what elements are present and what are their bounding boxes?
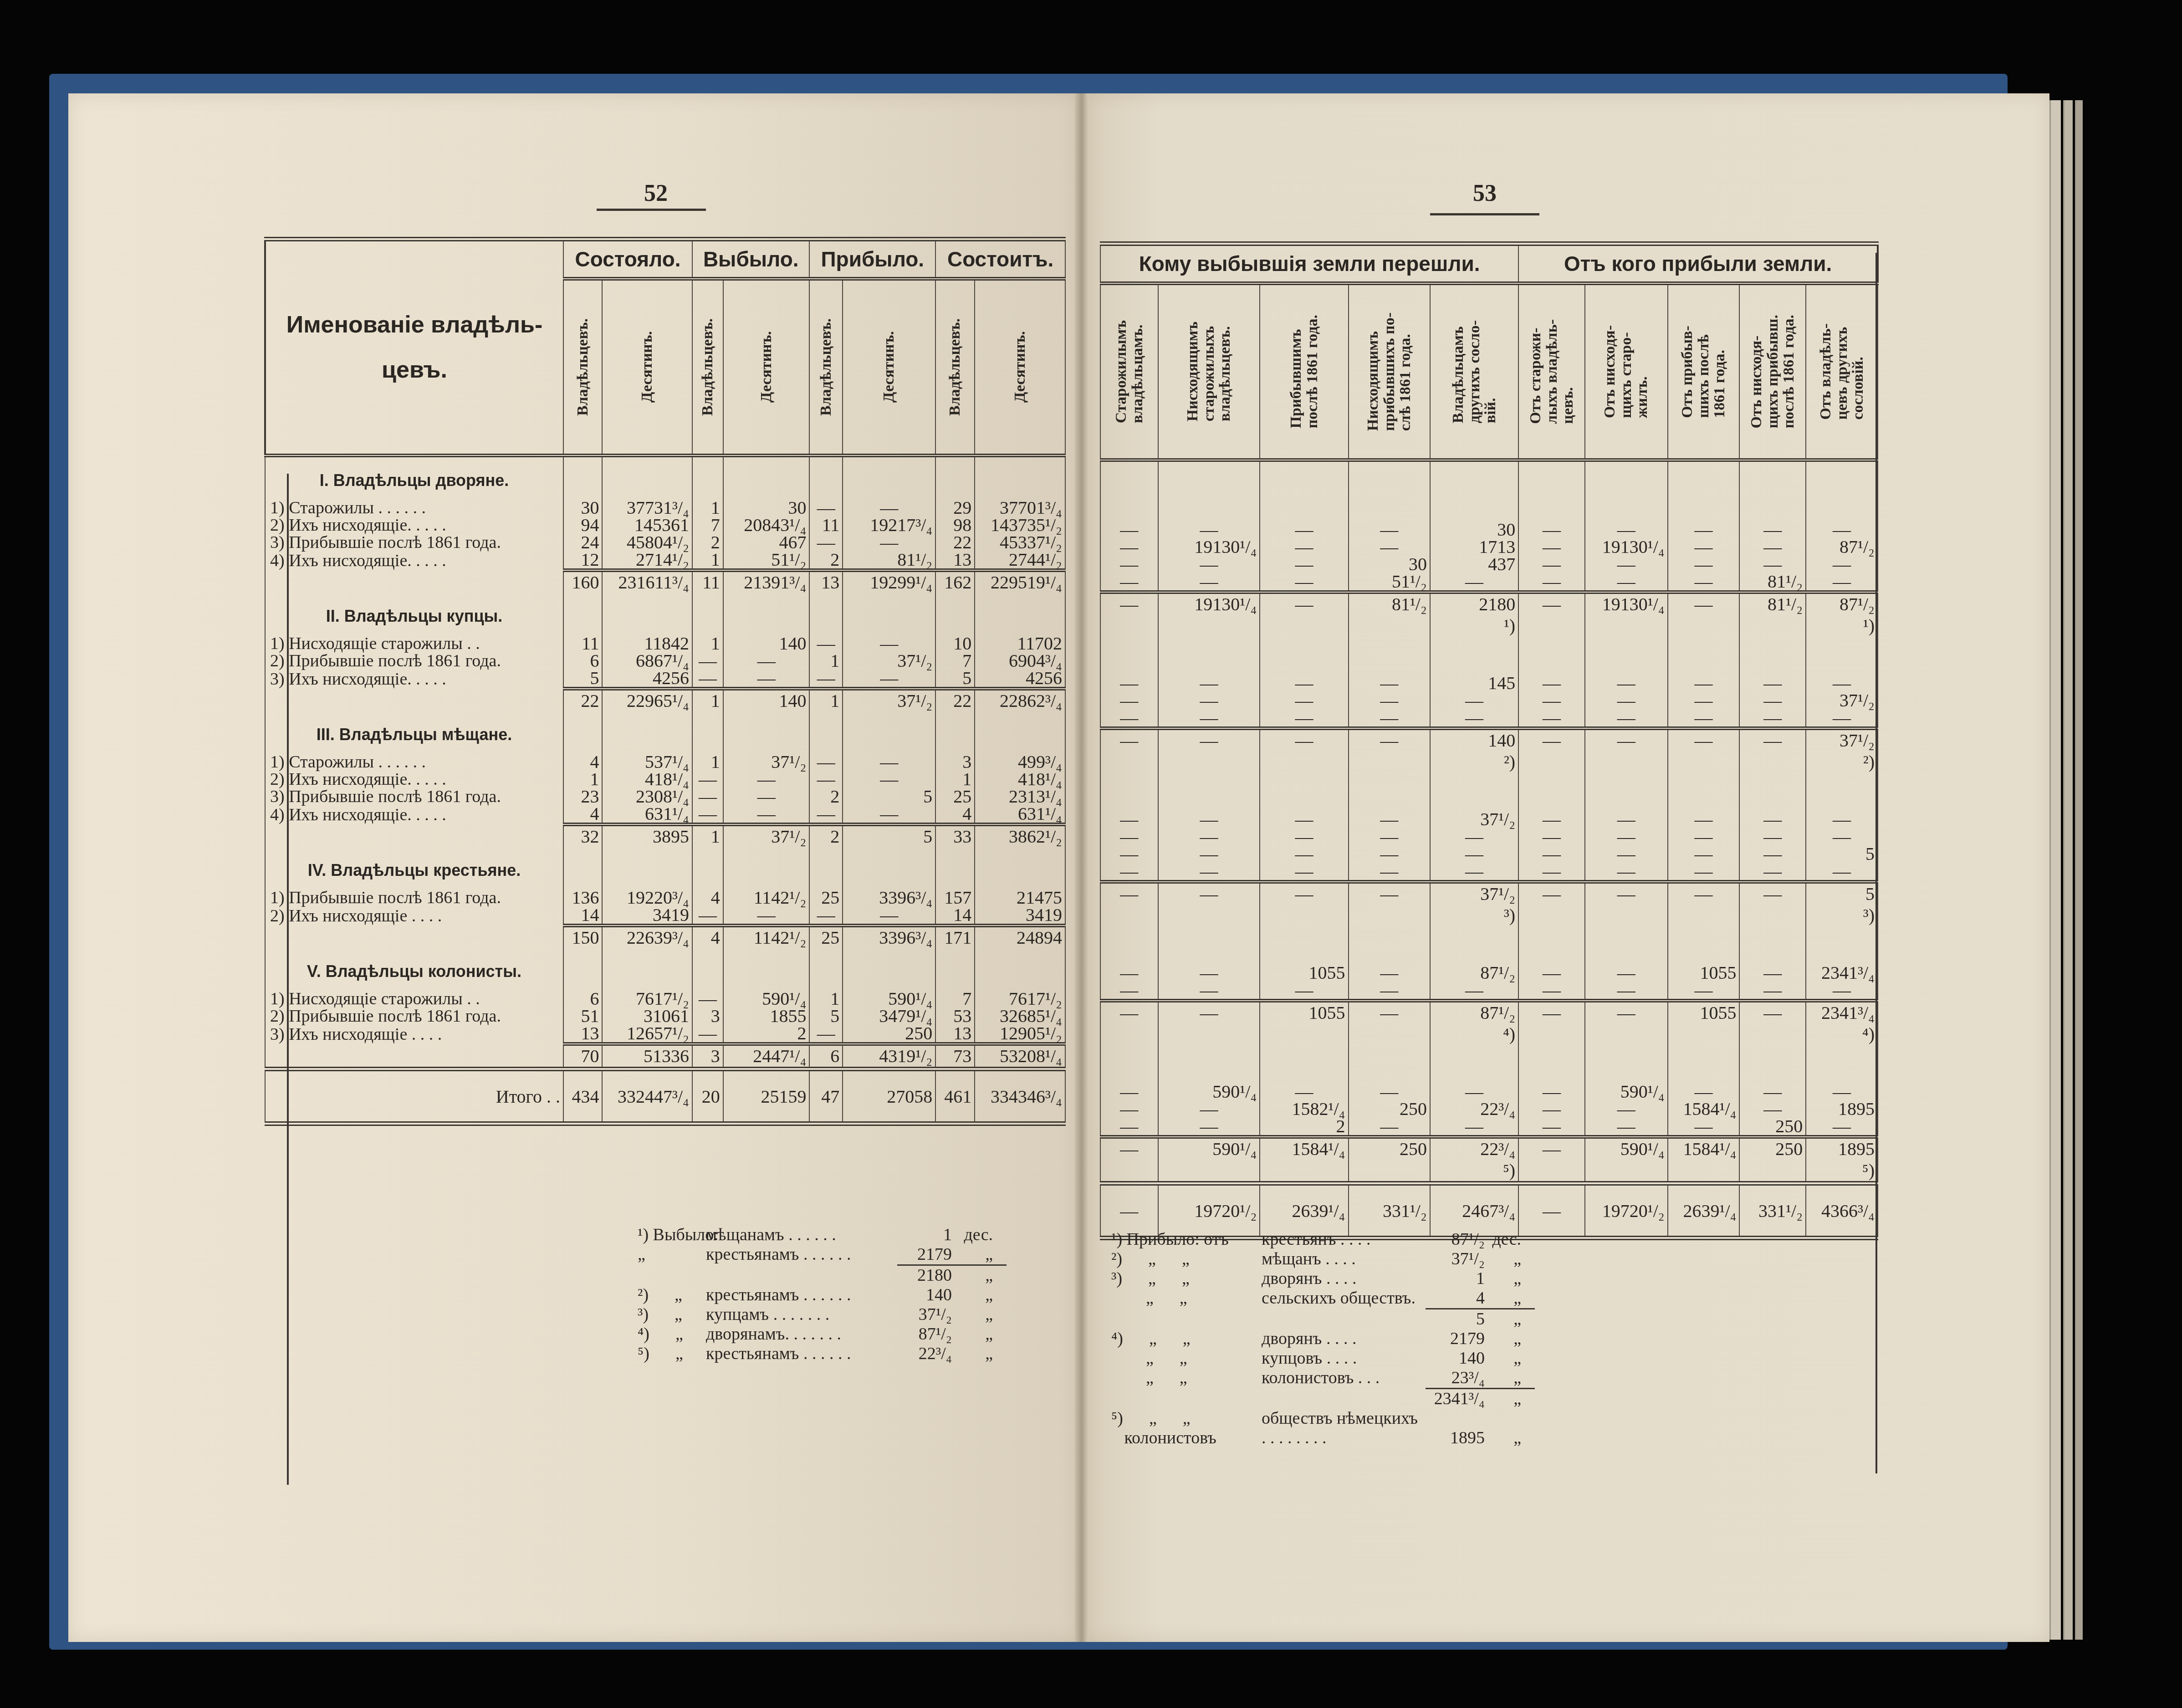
empty-cell [265, 689, 563, 711]
footnote-amount: 37¹/₂ [897, 1305, 952, 1324]
section-total-row: —19130¹/₄—81¹/₂2180—19130¹/₄—81¹/₂87¹/₂ [1100, 592, 1878, 615]
value-cell: — [1158, 1100, 1260, 1118]
row-label: 3) Прибывшіе послѣ 1861 года. [265, 534, 563, 551]
subheader-label: Старожилымъ владѣльцамъ. [1113, 320, 1145, 423]
footnote-ref [1518, 1160, 1585, 1183]
value-cell: 25 [935, 788, 975, 805]
footnote-amount: 2179 [897, 1245, 952, 1264]
value-cell: — [1518, 811, 1585, 828]
table-row: ————30————— [1100, 521, 1878, 538]
empty-cell [1518, 636, 1585, 675]
empty-cell [935, 847, 975, 889]
value-cell: 19130¹/₄ [1585, 538, 1668, 556]
value-cell: 6 [563, 990, 602, 1007]
subheader-label: Прибывшимъ послѣ 1861 года. [1288, 315, 1320, 428]
total-cell: 6 [809, 1044, 843, 1069]
footnote-ref: ⁴) [1806, 1023, 1878, 1045]
value-cell: — [1430, 845, 1518, 863]
footnote-amount: 2179 [1426, 1329, 1485, 1349]
section-title: III. Владѣльцы мѣщане. [265, 711, 563, 753]
value-cell: 2 [692, 534, 723, 551]
footnote-ref-row: ³)³) [1100, 905, 1878, 926]
table-row: —————————— [1100, 982, 1878, 1001]
footnote-unit: „ [1485, 1368, 1521, 1388]
total-cell: 1 [809, 689, 843, 711]
footnote-ref [1260, 1023, 1348, 1045]
value-cell: 5 [563, 670, 602, 689]
total-cell: — [1349, 728, 1430, 751]
group-header-transferred-to: Кому выбывшія земли перешли. [1100, 244, 1518, 283]
footnote-recipient: сельскихъ обществъ. [1262, 1289, 1426, 1308]
value-cell: — [1430, 692, 1518, 709]
footnote-ref: ²) [1430, 751, 1518, 772]
subheader-owners: Владѣльцевъ. [692, 279, 723, 455]
total-cell: — [1518, 1137, 1585, 1160]
total-cell: — [1518, 728, 1585, 751]
section-title-row: II. Владѣльцы купцы. [265, 593, 1065, 635]
footnote-ref: ¹) Выбыло: [638, 1225, 706, 1245]
grand-total-cell: 331¹/₂ [1739, 1183, 1806, 1238]
empty-cell [602, 847, 692, 889]
value-cell: 4 [563, 805, 602, 824]
table-row: —————————— [1100, 709, 1878, 728]
section-title-row: IV. Владѣльцы крестьяне. [265, 847, 1065, 889]
grand-total-cell: 461 [935, 1069, 975, 1124]
empty-cell [843, 847, 935, 889]
value-cell: — [1260, 692, 1348, 709]
empty-cell [1430, 1045, 1518, 1083]
value-cell: — [809, 534, 843, 551]
footnote-unit [1485, 1409, 1521, 1428]
value-cell: 25 [809, 889, 843, 906]
empty-cell [265, 570, 563, 593]
value-cell: — [1158, 675, 1260, 692]
value-cell: — [843, 499, 935, 516]
value-cell: — [809, 771, 843, 788]
footnote-ref: ⁵) [1430, 1160, 1518, 1183]
value-cell: 94 [563, 516, 602, 534]
value-cell: 24 [563, 534, 602, 551]
value-cell: — [692, 1025, 723, 1044]
value-cell: — [1158, 982, 1260, 1001]
section-title: V. Владѣльцы колонисты. [265, 948, 563, 990]
value-cell: — [1158, 709, 1260, 728]
value-cell: 1 [692, 635, 723, 652]
value-cell: — [1100, 811, 1158, 828]
row-label: 3) Ихъ нисходящіе . . . . [265, 1025, 563, 1044]
value-cell: 3 [935, 753, 975, 771]
footnote-ref [1158, 1160, 1260, 1183]
section-spacer-row [1100, 926, 1878, 964]
value-cell: — [1518, 1118, 1585, 1137]
footnote-ref: „ „ [1111, 1289, 1262, 1308]
value-cell: — [1100, 709, 1158, 728]
total-cell: 21391³/₄ [723, 570, 810, 593]
value-cell: 87¹/₂ [1806, 538, 1878, 556]
footnote-line: 5„ [1111, 1309, 1535, 1329]
group-header-received-from: Отъ кого прибыли земли. [1518, 244, 1878, 283]
value-cell: 22 [935, 534, 975, 551]
group-header-left: Выбыло. [692, 239, 809, 279]
footnote-line: ³) „ „дворянъ . . . .1„ [1111, 1269, 1535, 1289]
empty-cell [1158, 926, 1260, 964]
grand-total-cell: 334346³/₄ [975, 1069, 1065, 1124]
value-cell: — [1668, 1083, 1740, 1100]
value-cell: — [1739, 521, 1806, 538]
section-title: IV. Владѣльцы крестьяне. [265, 847, 563, 889]
empty-cell [602, 455, 692, 499]
right-page-margin-line [1875, 253, 1877, 1473]
value-cell: 5 [1806, 845, 1878, 863]
empty-cell [602, 711, 692, 753]
subheader-label: Владѣльцевъ. [947, 318, 963, 416]
table-row: 2) Ихъ нисходящіе. . . . .1418¹/₄————141… [265, 771, 1065, 788]
owner-name-header-label: Именованіе владѣль- цевъ. [269, 302, 560, 393]
value-cell: — [1585, 692, 1668, 709]
table-row: 3) Ихъ нисходящіе. . . . .54256————54256 [265, 670, 1065, 689]
total-cell: — [1739, 1001, 1806, 1023]
value-cell: 250 [843, 1025, 935, 1044]
value-cell: — [1260, 573, 1348, 592]
value-cell: — [1806, 982, 1878, 1001]
value-cell: 1 [563, 771, 602, 788]
value-cell: 11 [563, 635, 602, 652]
value-cell: 98 [935, 516, 975, 534]
empty-cell [563, 847, 602, 889]
footnote-recipient: мѣщанамъ . . . . . . [706, 1225, 897, 1245]
table-row: ——1582¹/₄25022³/₄——1584¹/₄—1895 [1100, 1100, 1878, 1118]
value-cell: — [1806, 863, 1878, 882]
footnote-line: ²) „крестьянамъ . . . . . .140„ [638, 1285, 1007, 1305]
value-cell: — [1100, 964, 1158, 982]
value-cell: 5 [809, 1007, 843, 1025]
value-cell: — [1739, 692, 1806, 709]
empty-cell [563, 455, 602, 499]
section-spacer-row [1100, 772, 1878, 811]
value-cell: 418¹/₄ [975, 771, 1065, 788]
subheader-label: Нисходящимъ прибывшихъ по- слѣ 1861 года… [1365, 312, 1414, 431]
value-cell: — [1349, 982, 1430, 1001]
row-label: 2) Ихъ нисходящіе. . . . . [265, 516, 563, 534]
empty-cell [723, 948, 810, 990]
total-cell: 13 [809, 570, 843, 593]
value-cell: — [1100, 863, 1158, 882]
value-cell: 51¹/₂ [723, 551, 810, 570]
subheader-sub-to: Нисходящимъ старожилыхъ владѣльцевъ. [1158, 283, 1260, 460]
value-cell: — [1739, 556, 1806, 573]
footnote-amount: 5 [1426, 1309, 1485, 1329]
value-cell: — [1668, 692, 1740, 709]
value-cell: 136 [563, 889, 602, 906]
footnote-ref: ⁵) „ „ [1111, 1409, 1262, 1428]
footnote-recipient: купцовъ . . . . [1262, 1349, 1426, 1368]
footnote-unit: „ [952, 1266, 993, 1285]
value-cell: — [1100, 538, 1158, 556]
value-cell: — [1739, 863, 1806, 882]
footnote-ref [1518, 615, 1585, 636]
empty-cell [1430, 926, 1518, 964]
total-cell: — [1260, 728, 1348, 751]
value-cell: 29 [935, 499, 975, 516]
footnote-ref [1111, 1389, 1262, 1409]
table-row: ———30437————— [1100, 556, 1878, 573]
subheader-owners: Владѣльцевъ. [935, 279, 975, 455]
total-cell: 33 [935, 824, 975, 847]
footnote-ref-row: ⁵)⁵) [1100, 1160, 1878, 1183]
footnote-ref [1739, 1160, 1806, 1183]
value-cell: 6 [563, 652, 602, 670]
grand-total-row: Итого . .434332447³/₄2025159472705846133… [265, 1069, 1065, 1124]
value-cell: 1 [692, 499, 723, 516]
value-cell: — [1260, 521, 1348, 538]
value-cell: — [843, 534, 935, 551]
table-row: —————————5 [1100, 845, 1878, 863]
footnote-recipient: крестьянъ . . . . [1262, 1230, 1426, 1249]
value-cell: 12657¹/₂ [602, 1025, 692, 1044]
footnote-ref [1349, 751, 1430, 772]
footnote-unit: „ [952, 1305, 993, 1324]
footnote-unit: „ [1485, 1389, 1521, 1409]
value-cell: — [1349, 538, 1430, 556]
value-cell: 22³/₄ [1430, 1100, 1518, 1118]
footnote-amount: 2341³/₄ [1426, 1389, 1485, 1409]
footnote-ref [1668, 1160, 1740, 1183]
value-cell: 2 [809, 788, 843, 805]
footnote-amount: 22³/₄ [897, 1344, 952, 1364]
footnote-amount: 87¹/₂ [1426, 1230, 1485, 1249]
empty-cell [602, 593, 692, 635]
value-cell: 30 [723, 499, 810, 516]
subheader-label: Владѣльцевъ. [575, 318, 591, 416]
value-cell: 13 [935, 551, 975, 570]
value-cell: — [1158, 692, 1260, 709]
footnote-ref: ³) [1430, 905, 1518, 926]
empty-cell [692, 593, 723, 635]
total-cell: 19130¹/₄ [1158, 592, 1260, 615]
value-cell: 4 [692, 889, 723, 906]
value-cell: — [1100, 675, 1158, 692]
row-label: 4) Ихъ нисходящіе. . . . . [265, 805, 563, 824]
footnote-unit: „ [952, 1344, 993, 1364]
footnote-line: 2341³/₄„ [1111, 1389, 1535, 1409]
subheader-label: Нисходящимъ старожилыхъ владѣльцевъ. [1185, 322, 1233, 421]
footnote-ref: ⁴) „ „ [1111, 1329, 1262, 1349]
empty-cell [1100, 636, 1158, 675]
value-cell: — [1585, 556, 1668, 573]
total-cell: — [1158, 882, 1260, 905]
empty-cell [1349, 772, 1430, 811]
total-cell: 87¹/₂ [1430, 1001, 1518, 1023]
footnote-ref: ⁴) [1430, 1023, 1518, 1045]
row-label: 3) Ихъ нисходящіе. . . . . [265, 670, 563, 689]
value-cell: — [1518, 556, 1585, 573]
footnote-recipient: купцамъ . . . . . . . [706, 1305, 897, 1324]
footnote-recipient: обществъ нѣмецкихъ [1262, 1409, 1426, 1428]
empty-cell [1668, 460, 1740, 521]
value-cell: 590¹/₄ [1158, 1083, 1260, 1100]
empty-cell [1260, 772, 1348, 811]
total-cell: 25 [809, 926, 843, 948]
value-cell: 13 [935, 1025, 975, 1044]
value-cell: 37¹/₂ [1430, 811, 1518, 828]
empty-cell [602, 948, 692, 990]
total-cell: 87¹/₂ [1806, 592, 1878, 615]
page-edges [2075, 100, 2083, 1640]
total-cell: — [1158, 1001, 1260, 1023]
footnote-unit: „ [952, 1285, 993, 1305]
empty-cell [692, 711, 723, 753]
total-cell: — [1260, 592, 1348, 615]
footnote-recipient: дворянъ . . . . [1262, 1269, 1426, 1289]
value-cell: 4 [935, 805, 975, 824]
value-cell: — [1668, 709, 1740, 728]
total-cell: — [1158, 728, 1260, 751]
total-cell: 162 [935, 570, 975, 593]
total-cell: 22862³/₄ [975, 689, 1065, 711]
empty-cell [1806, 636, 1878, 675]
footnote-recipient: . . . . . . . . [1262, 1428, 1426, 1448]
total-cell: 229519¹/₄ [975, 570, 1065, 593]
value-cell: 157 [935, 889, 975, 906]
value-cell: — [1430, 709, 1518, 728]
subheader-sub-to: Прибывшимъ послѣ 1861 года. [1260, 283, 1348, 460]
value-cell: — [723, 788, 810, 805]
table-row: ————145————— [1100, 675, 1878, 692]
row-label: 2) Ихъ нисходящіе. . . . . [265, 771, 563, 788]
value-cell: 250 [1349, 1100, 1430, 1118]
subheader-desyatinas: Десятинъ. [975, 279, 1065, 455]
total-cell: 22639³/₄ [602, 926, 692, 948]
subheader-sub-to: Старожилымъ владѣльцамъ. [1100, 283, 1158, 460]
empty-cell [1585, 636, 1668, 675]
footnote-ref: ²) „ [638, 1285, 706, 1305]
section-title-row: V. Владѣльцы колонисты. [265, 948, 1065, 990]
page-number-rule [597, 209, 706, 211]
empty-cell [723, 455, 810, 499]
empty-cell [1430, 460, 1518, 521]
value-cell: 37701³/₄ [975, 499, 1065, 516]
footnote-ref: колонистовъ [1111, 1428, 1262, 1448]
section-title-row: III. Владѣльцы мѣщане. [265, 711, 1065, 753]
empty-cell [975, 948, 1065, 990]
total-cell: 2341³/₄ [1806, 1001, 1878, 1023]
value-cell: 7617¹/₂ [975, 990, 1065, 1007]
total-cell: 73 [935, 1044, 975, 1069]
value-cell: — [1260, 675, 1348, 692]
value-cell: 4 [563, 753, 602, 771]
value-cell: — [1668, 573, 1740, 592]
subheader-owners: Владѣльцевъ. [563, 279, 602, 455]
total-cell: — [1668, 592, 1740, 615]
value-cell: — [843, 635, 935, 652]
footnote-unit: „ [1485, 1249, 1521, 1269]
empty-cell [1260, 636, 1348, 675]
subheader-label: Десятинъ. [881, 331, 897, 403]
value-cell: — [1100, 1083, 1158, 1100]
total-cell: — [1100, 1001, 1158, 1023]
subheader-sub-from: Отъ нисходя- щихъ старо- жилъ. [1585, 283, 1668, 460]
footnote-line: „ „купцовъ . . . .140„ [1111, 1349, 1535, 1368]
subheader-desyatinas: Десятинъ. [843, 279, 935, 455]
empty-cell [1158, 636, 1260, 675]
total-cell: 1584¹/₄ [1260, 1137, 1348, 1160]
section-title: II. Владѣльцы купцы. [265, 593, 563, 635]
value-cell: 631¹/₄ [975, 805, 1065, 824]
table-row: 1) Старожилы . . . . . .4537¹/₄137¹/₂——3… [265, 753, 1065, 771]
footnote-line: ⁴) „ „дворянъ . . . .2179„ [1111, 1329, 1535, 1349]
row-label: 3) Прибывшіе послѣ 1861 года. [265, 788, 563, 805]
subheader-label: Отъ прибыв- шихъ послѣ 1861 года. [1679, 326, 1728, 418]
subheader-label: Владѣльцевъ. [700, 318, 716, 416]
value-cell: — [1430, 573, 1518, 592]
total-cell: 5 [843, 824, 935, 847]
value-cell: — [809, 805, 843, 824]
value-cell: — [1585, 1100, 1668, 1118]
footnote-ref: ⁴) „ [638, 1324, 706, 1344]
subheader-sub-from: Отъ владѣль- цевъ другихъ сословій. [1806, 283, 1878, 460]
value-cell: — [1668, 811, 1740, 828]
value-cell: 2 [1260, 1118, 1348, 1137]
value-cell: — [1585, 709, 1668, 728]
footnote-line: ⁴) „дворянамъ. . . . . . .87¹/₂„ [638, 1324, 1007, 1344]
empty-cell [975, 847, 1065, 889]
table-row: ——1055—87¹/₂——1055—2341³/₄ [1100, 964, 1878, 982]
row-label: 1) Старожилы . . . . . . [265, 753, 563, 771]
value-cell: — [1585, 845, 1668, 863]
footnote-amount: 1 [897, 1225, 952, 1245]
value-cell: 7617¹/₂ [602, 990, 692, 1007]
value-cell: 4256 [602, 670, 692, 689]
footnote-ref [1349, 1160, 1430, 1183]
left-footnotes: ¹) Выбыло:мѣщанамъ . . . . . .1дес.„крес… [638, 1225, 1007, 1364]
value-cell: 81¹/₂ [1739, 573, 1806, 592]
footnote-line: „ „колонистовъ . . .23³/₄„ [1111, 1368, 1535, 1388]
value-cell: — [843, 771, 935, 788]
page-number-right: 53 [1462, 180, 1507, 207]
empty-cell [692, 455, 723, 499]
empty-cell [1158, 1045, 1260, 1083]
value-cell: 590¹/₄ [1585, 1083, 1668, 1100]
footnote-ref [1111, 1309, 1262, 1329]
grand-total-cell: 4366³/₄ [1806, 1183, 1878, 1238]
value-cell: — [809, 906, 843, 926]
total-cell: — [1518, 592, 1585, 615]
value-cell: — [723, 652, 810, 670]
footnote-amount: 4 [1426, 1289, 1485, 1308]
total-cell: — [1349, 882, 1430, 905]
empty-cell [1668, 1045, 1740, 1083]
empty-cell [809, 711, 843, 753]
value-cell: — [1349, 709, 1430, 728]
footnote-unit: „ [1485, 1349, 1521, 1368]
group-header-arrived: Прибыло. [809, 239, 935, 279]
footnote-ref: ³) „ „ [1111, 1269, 1262, 1289]
footnote-unit: „ [952, 1324, 993, 1344]
value-cell: 2341³/₄ [1806, 964, 1878, 982]
row-label: 1) Прибывшіе послѣ 1861 года. [265, 889, 563, 906]
value-cell: 4256 [975, 670, 1065, 689]
footnote-line: „ „сельскихъ обществъ.4„ [1111, 1289, 1535, 1308]
value-cell: 631¹/₄ [602, 805, 692, 824]
value-cell: — [1158, 573, 1260, 592]
empty-cell [1518, 460, 1585, 521]
value-cell: 2313¹/₄ [975, 788, 1065, 805]
total-cell: 19130¹/₄ [1585, 592, 1668, 615]
empty-cell [935, 711, 975, 753]
empty-cell [809, 455, 843, 499]
subheader-sub-to: Владѣльцамъ другихъ сосло- вій. [1430, 283, 1518, 460]
footnote-ref [1739, 615, 1806, 636]
